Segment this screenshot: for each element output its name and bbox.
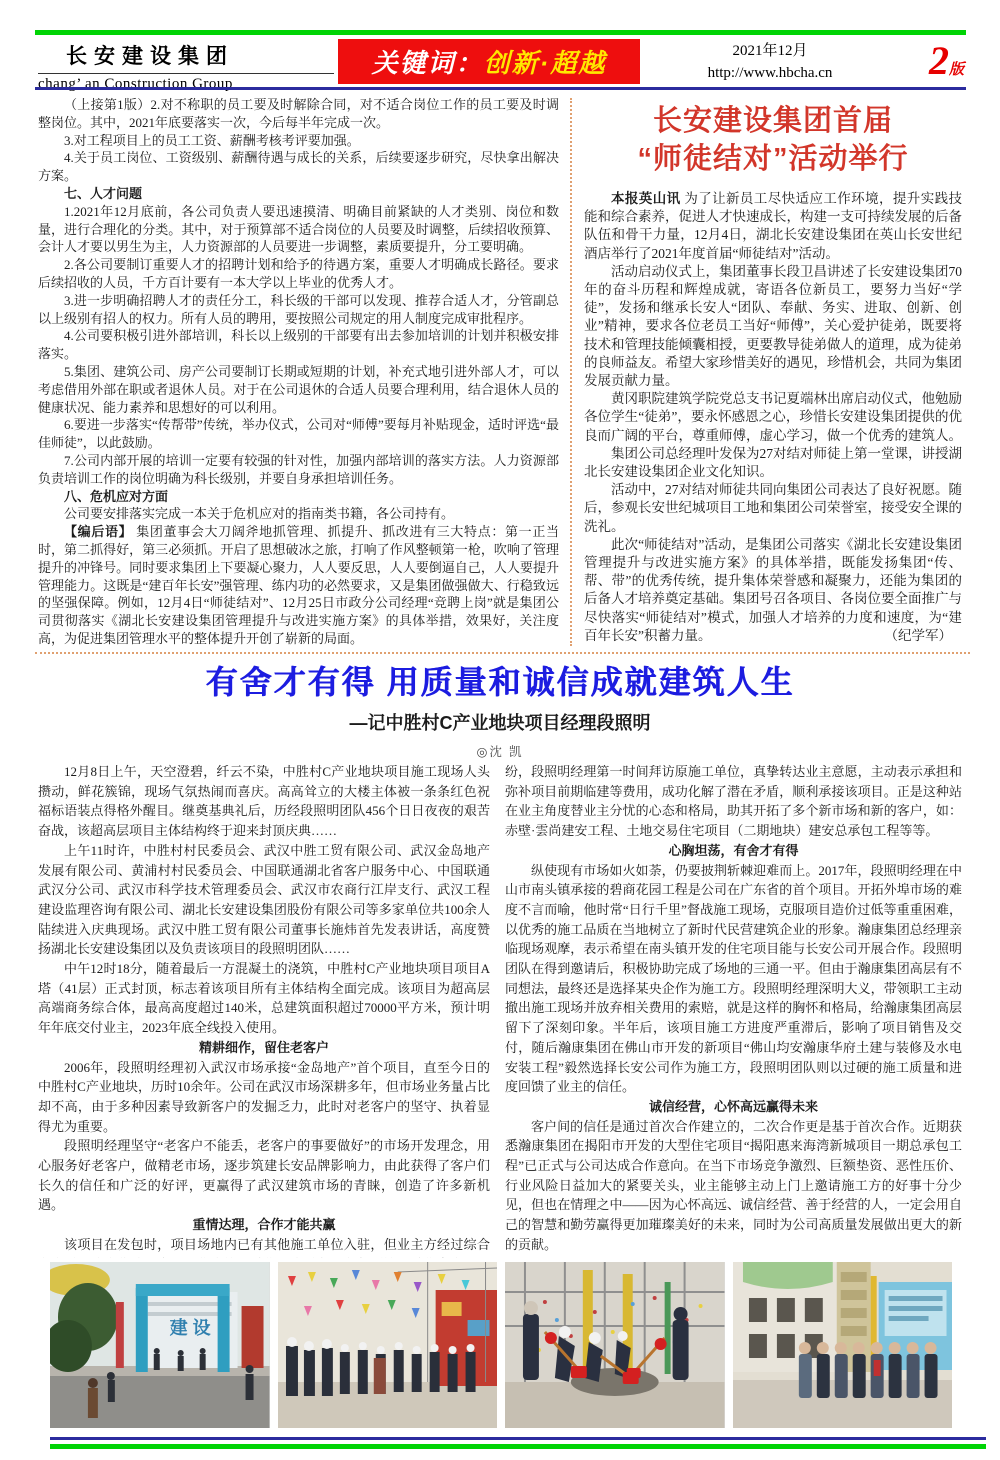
dateline-lead: 本报英山讯 [611,191,684,206]
subhead-cooperation: 重情达理，合作才能共赢 [38,1215,490,1235]
article-paragraph: 活动中，27对结对师徒共同向集团公司表达了良好祝愿。随后，参观长安世纪城项目工地… [584,481,962,536]
article-paragraph: 4.关于员工岗位、工资级别、薪酬待遇与成长的关系，后续要逐步研究，尽快拿出解决方… [38,149,559,185]
section-heading-talent: 七、人才问题 [38,185,559,203]
site-entrance-illustration: 建 设 [50,1262,270,1428]
masthead-chinese: 长安建设集团 [38,39,334,74]
feature-byline: ◎沈 凯 [38,742,962,760]
article-paragraph: 客户间的信任是通过首次合作建立的，二次合作更是基于首次合作。近期获悉瀚康集团在揭… [505,1117,962,1255]
editorial-lead: 【编后语】 [64,524,136,539]
section-divider-dotted [35,652,970,654]
page-header: 长安建设集团 chang’ an Construction Group 关键词：… [35,39,966,87]
groundbreaking-shovels-photo [505,1262,725,1428]
article-paragraph: 12月8日上午，天空澄碧，纤云不染，中胜村C产业地块项目施工现场人头攒动，鲜花簇… [38,762,490,841]
top-section: （上接第1版）2.对不称职的员工要及时解除合同，对不适合岗位工作的员工要及时调整… [38,96,962,648]
keyword-text: 创新·超越 [484,43,607,80]
article-paragraph: 中午12时18分，随着最后一方混凝土的浇筑，中胜村C产业地块项目项目A塔（41层… [38,959,490,1038]
article-paragraph: 公司要安排落实完成一本关于危机应对的指南类书籍，各公司持有。 [38,505,559,523]
website-url[interactable]: http://www.hbcha.cn [650,62,890,84]
article-paragraph: （上接第1版）2.对不称职的员工要及时解除合同，对不适合岗位工作的员工要及时调整… [38,96,559,132]
article-paragraph: 6.要进一步落实“传帮带”传统，举办仪式，公司对“师傅”要每月补贴现金，适时评选… [38,416,559,452]
editorial-note: 【编后语】 集团董事会大刀阔斧地抓管理、抓提升、抓改进有三大特点：第一正当时，第… [38,523,559,648]
article-paragraph: 本报英山讯 为了让新员工尽快适应工作环境，提升实践技能和综合素养，促进人才快速成… [584,190,962,263]
article-paragraph: 集团公司总经理叶发保为27对结对师徒上第一堂课，讲授湖北长安建设集团企业文化知识… [584,445,962,481]
feature-header: 有舍才有得 用质量和诚信成就建筑人生 —记中胜村C产业地块项目经理段照明 ◎沈 … [38,664,962,760]
groundbreaking-illustration [505,1262,725,1428]
group-photo-illustration [733,1262,953,1428]
subhead-integrity: 诚信经营，心怀高远赢得未来 [505,1097,962,1117]
svg-text:建 设: 建 设 [170,1317,211,1338]
page-number: 2版 [929,41,964,81]
feature-subtitle: —记中胜村C产业地块项目经理段照明 [38,709,962,735]
subhead-open-minded: 心胸坦荡，有舍才有得 [505,841,962,861]
headline-line2: “师徒结对”活动举行 [584,140,962,178]
photo-strip: 建 设 [50,1262,952,1428]
article-paragraph: 2006年，段照明经理初入武汉市场承接“金岛地产”首个项目，直至今日的中胜村C产… [38,1058,490,1137]
header-blue-rule [35,87,966,90]
masthead-english: chang’ an Construction Group [38,74,334,93]
mentor-pairing-article: 长安建设集团首届 “师徒结对”活动举行 本报英山讯 为了让新员工尽快适应工作环境… [584,96,962,648]
article-paragraph: 纵使现有市场如火如荼，仍要披荆斩棘迎难而上。2017年，段照明经理在中山市南头镇… [505,861,962,1097]
editorial-text: 集团董事会大刀阔斧地抓管理、抓提升、抓改进有三大特点：第一正当时，第二抓得好，第… [38,524,559,646]
article-paragraph: 2.各公司要制订重要人才的招聘计划和给予的待遇方案，重要人才明确成长路径。要求后… [38,256,559,292]
bottom-green-rule [50,1444,986,1449]
masthead: 长安建设集团 chang’ an Construction Group [38,39,334,93]
feature-column-left: 12月8日上午，天空澄碧，纤云不染，中胜村C产业地块项目施工现场人头攒动，鲜花簇… [38,762,490,1258]
article-paragraph: 7.公司内部开展的培训一定要有较强的针对性，加强内部培训的落实方法。人力资源部负… [38,452,559,488]
article-paragraph: 3.进一步明确招聘人才的责任分工，科长级的干部可以发现、推荐合适人才，分管副总以… [38,292,559,328]
column-divider-dotted [570,98,572,646]
article-paragraph: 1.2021年12月底前，各公司负责人要迅速摸清、明确目前紧缺的人才类别、岗位和… [38,203,559,256]
article-headline: 长安建设集团首届 “师徒结对”活动举行 [584,102,962,178]
feature-body: 12月8日上午，天空澄碧，纤云不染，中胜村C产业地块项目施工现场人头攒动，鲜花簇… [38,760,962,1258]
article-paragraph: 活动启动仪式上，集团董事长段卫昌讲述了长安建设集团70年的奋斗历程和辉煌成就，寄… [584,263,962,390]
headline-line1: 长安建设集团首届 [584,102,962,140]
article-paragraph: 该项目在发包时，项目场地内已有其他施工单位入驻，但业主方经过综合考虑后，决定优选… [38,1235,490,1258]
article-paragraph: 5.集团、建筑公司、房产公司要制订长期或短期的计划，补充式地引进外部人才，可以考… [38,363,559,416]
bottom-blue-rule [50,1437,986,1440]
top-green-rule [35,30,966,35]
article-paragraph: 段照明经理坚守“老客户不能丢，老客户的事要做好”的市场开发理念，用心服务好老客户… [38,1136,490,1215]
issue-info: 2021年12月 http://www.hbcha.cn [650,40,890,84]
feature-title: 有舍才有得 用质量和诚信成就建筑人生 [38,664,962,700]
keyword-label: 关键词： [372,43,484,80]
crowd-under-flags-photo [278,1262,498,1428]
continued-article: （上接第1版）2.对不称职的员工要及时解除合同，对不适合岗位工作的员工要及时调整… [38,96,559,648]
keyword-banner: 关键词： 创新·超越 [338,39,640,84]
site-entrance-ceremony-photo: 建 设 [50,1262,270,1428]
article-paragraph: 3.对工程项目上的员工工资、薪酬考核考评要加强。 [38,132,559,150]
section-heading-crisis: 八、危机应对方面 [38,488,559,506]
article-paragraph-continuation: 纷，段照明经理第一时间拜访原施工单位，真挚转达业主意愿，主动表示承担和弥补项目前… [505,762,962,841]
page-number-suffix: 版 [949,62,964,78]
page-number-value: 2 [929,38,949,83]
issue-date: 2021年12月 [650,40,890,62]
group-before-building-photo [733,1262,953,1428]
subhead-old-customers: 精耕细作，留住老客户 [38,1038,490,1058]
article-paragraph: 上午11时许，中胜村村民委员会、武汉中胜工贸有限公司、武汉金岛地产发展有限公司、… [38,841,490,959]
feature-column-right: 纷，段照明经理第一时间拜访原施工单位，真挚转达业主意愿，主动表示承担和弥补项目前… [505,762,962,1258]
article-paragraph: 4.公司要积极引进外部培训，科长以上级别的干部要有出去参加培训的计划并积极安排落… [38,327,559,363]
article-paragraph: 黄冈职院建筑学院党总支书记夏端林出席启动仪式，他勉励各位学生“徒弟”，要永怀感恩… [584,390,962,445]
crowd-flags-illustration [278,1262,498,1428]
